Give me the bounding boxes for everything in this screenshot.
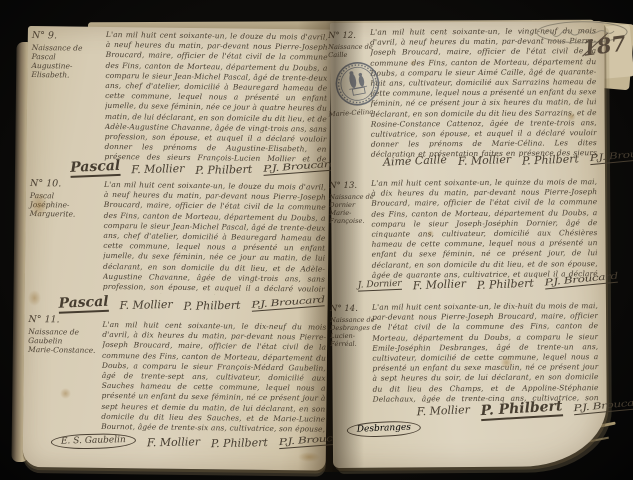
signature-witness: F. Mollier: [458, 154, 512, 167]
scanned-register: N° 9. Naissance de Pascal Augustine- Eli…: [0, 0, 633, 480]
entry-number: N° 11.: [28, 314, 98, 326]
signature-witness: P. Philbert: [480, 399, 563, 421]
signature-witness: F. Mollier: [147, 436, 200, 448]
signature-father: E. S. Gaubelin: [51, 433, 136, 450]
margin-line: Elisabeth.: [31, 70, 101, 80]
margin-line: Lucien-Férréal.: [330, 332, 376, 348]
signature-witness: P. Philbert: [184, 300, 241, 312]
signature-officer: P.J. Broucard: [251, 296, 325, 311]
entry-number: N° 12.: [328, 31, 374, 41]
entry-number: N° 10.: [30, 178, 100, 190]
margin-line: Naissance de: [329, 193, 375, 201]
entry-10-body: L'an mil huit cent soixante-un, le douze…: [103, 180, 326, 296]
entry-11-signatures: E. S. Gaubelin F. Mollier P. Philbert P.…: [51, 433, 334, 451]
signature-father: J. Dornier: [358, 279, 402, 291]
margin-line: Marie-Françoise.: [329, 209, 375, 225]
round-stamp: [331, 57, 385, 111]
entry-9-body: L'an mil huit cent soixante-un, le douze…: [104, 30, 328, 166]
margin-line: Desbranges: [330, 324, 376, 332]
entry-12-margin: N° 12. Naissance de Caille: [328, 31, 374, 59]
entry-14-body: L'an mil huit cent soixante-un, le dix-h…: [372, 301, 599, 405]
signature-father: Pascal: [58, 295, 109, 314]
entry-number: N° 13.: [329, 181, 375, 191]
signature-father: Aimé Caille: [383, 154, 447, 168]
entry-13-signatures: J. Dornier F. Mollier P. Philbert P.J. B…: [358, 278, 599, 291]
entry-14-signatures: F. Mollier P. Philbert P.J. Broucard: [417, 401, 629, 419]
entry-11-body: L'an mil huit cent soixante-un, le dix-n…: [101, 320, 326, 435]
signature-witness: F. Mollier: [131, 163, 184, 175]
signature-witness: P. Philbert: [211, 437, 268, 449]
margin-line: Marie-Constance.: [28, 345, 98, 355]
right-page: 187 N° 12. Naissance de Caille Marie-Cél…: [330, 21, 607, 468]
signature-witness: P. Philbert: [522, 153, 579, 166]
entry-9-margin: N° 9. Naissance de Pascal Augustine- Eli…: [31, 30, 102, 80]
signature-officer: P.J. Broucard: [573, 398, 633, 415]
entry-13-margin: N° 13. Naissance de Dornier Marie-Franço…: [329, 181, 375, 225]
entry-13-body: L'an mil huit cent soixante-un, le quinz…: [371, 177, 598, 281]
entry-number: N° 9.: [32, 30, 102, 42]
signature-witness: F. Mollier: [120, 299, 173, 311]
signature-officer: P.J. Broucard: [263, 160, 337, 175]
left-page: N° 9. Naissance de Pascal Augustine- Eli…: [23, 26, 331, 471]
entry-11-margin: N° 11. Naissance de Gaubelin Marie-Const…: [28, 314, 98, 355]
entry-14-margin: N° 14. Naissance de Desbranges Lucien-Fé…: [330, 304, 376, 348]
signature-father: Desbranges: [347, 420, 422, 438]
signature-witness: P. Philbert: [477, 278, 534, 291]
signature-witness: F. Mollier: [417, 404, 471, 417]
entry-12-signatures: Aimé Caille F. Mollier P. Philbert P.J. …: [383, 154, 633, 167]
entry-number: N° 14.: [330, 304, 376, 314]
entry-10-margin: N° 10. Pascal Joséphine- Marguerite.: [30, 178, 100, 219]
entry-10-signatures: Pascal F. Mollier P. Philbert P.J. Brouc…: [59, 295, 307, 315]
entry-9-signatures: Pascal F. Mollier P. Philbert P.J. Brouc…: [70, 160, 318, 180]
signature-witness: P. Philbert: [195, 164, 252, 176]
margin-line: Marguerite.: [30, 209, 100, 219]
signature-witness: F. Mollier: [412, 278, 466, 291]
margin-line: Naissance de: [328, 43, 374, 51]
signature-father: Pascal: [70, 159, 121, 178]
